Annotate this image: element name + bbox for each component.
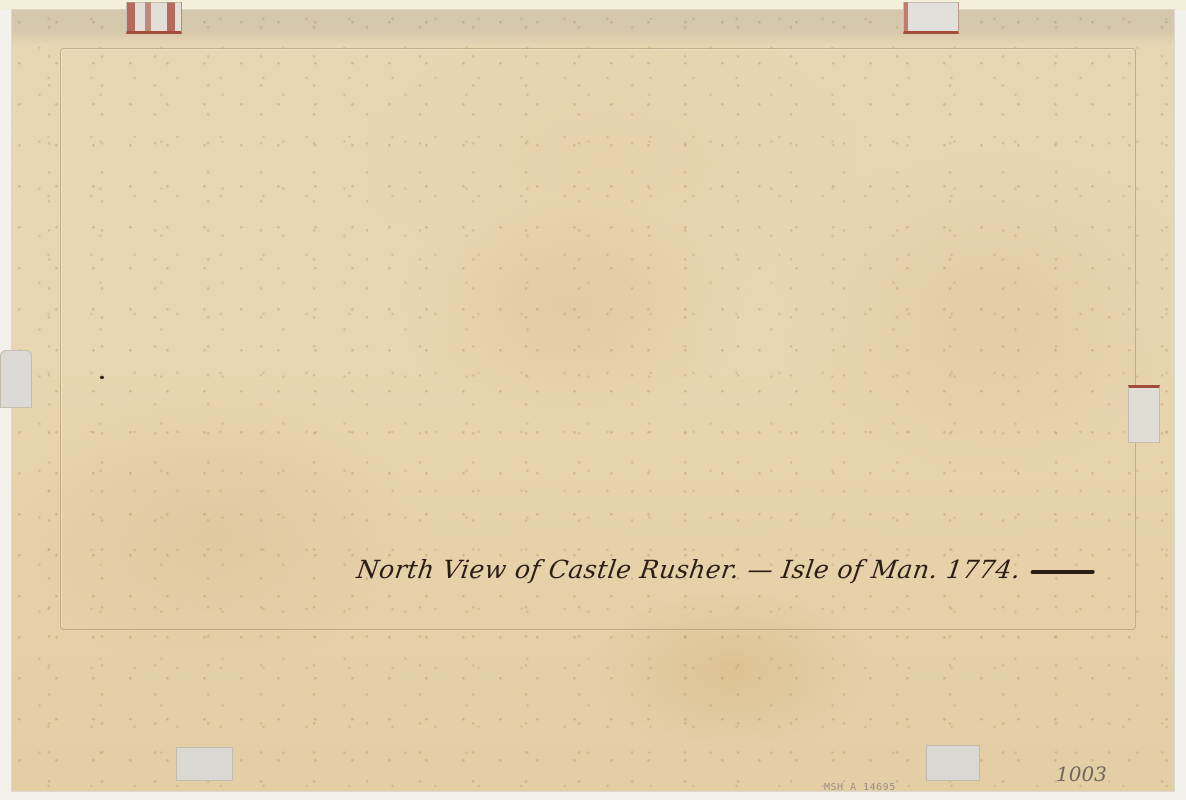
ink-flourish [1030, 570, 1095, 574]
hinge-tab-bottom-left [176, 747, 233, 781]
paper-sheet: North View of Castle Rusher. — Isle of M… [12, 10, 1174, 791]
hinge-tab-top-left [126, 2, 182, 34]
scan-stage: North View of Castle Rusher. — Isle of M… [0, 0, 1186, 800]
ink-spot [100, 376, 104, 379]
stamped-accession-number: MSH A 14695 [824, 782, 896, 793]
hinge-tab-bottom-right [926, 745, 980, 781]
hinge-tab-left [0, 350, 32, 408]
hinge-tab-top-right [903, 2, 959, 34]
pencil-inventory-number: 1003 [1056, 762, 1107, 786]
handwritten-inscription: North View of Castle Rusher. — Isle of M… [355, 555, 1097, 584]
plate-mark [60, 48, 1136, 630]
inscription-text: North View of Castle Rusher. — Isle of M… [355, 555, 1023, 584]
hinge-tab-right [1128, 385, 1160, 443]
